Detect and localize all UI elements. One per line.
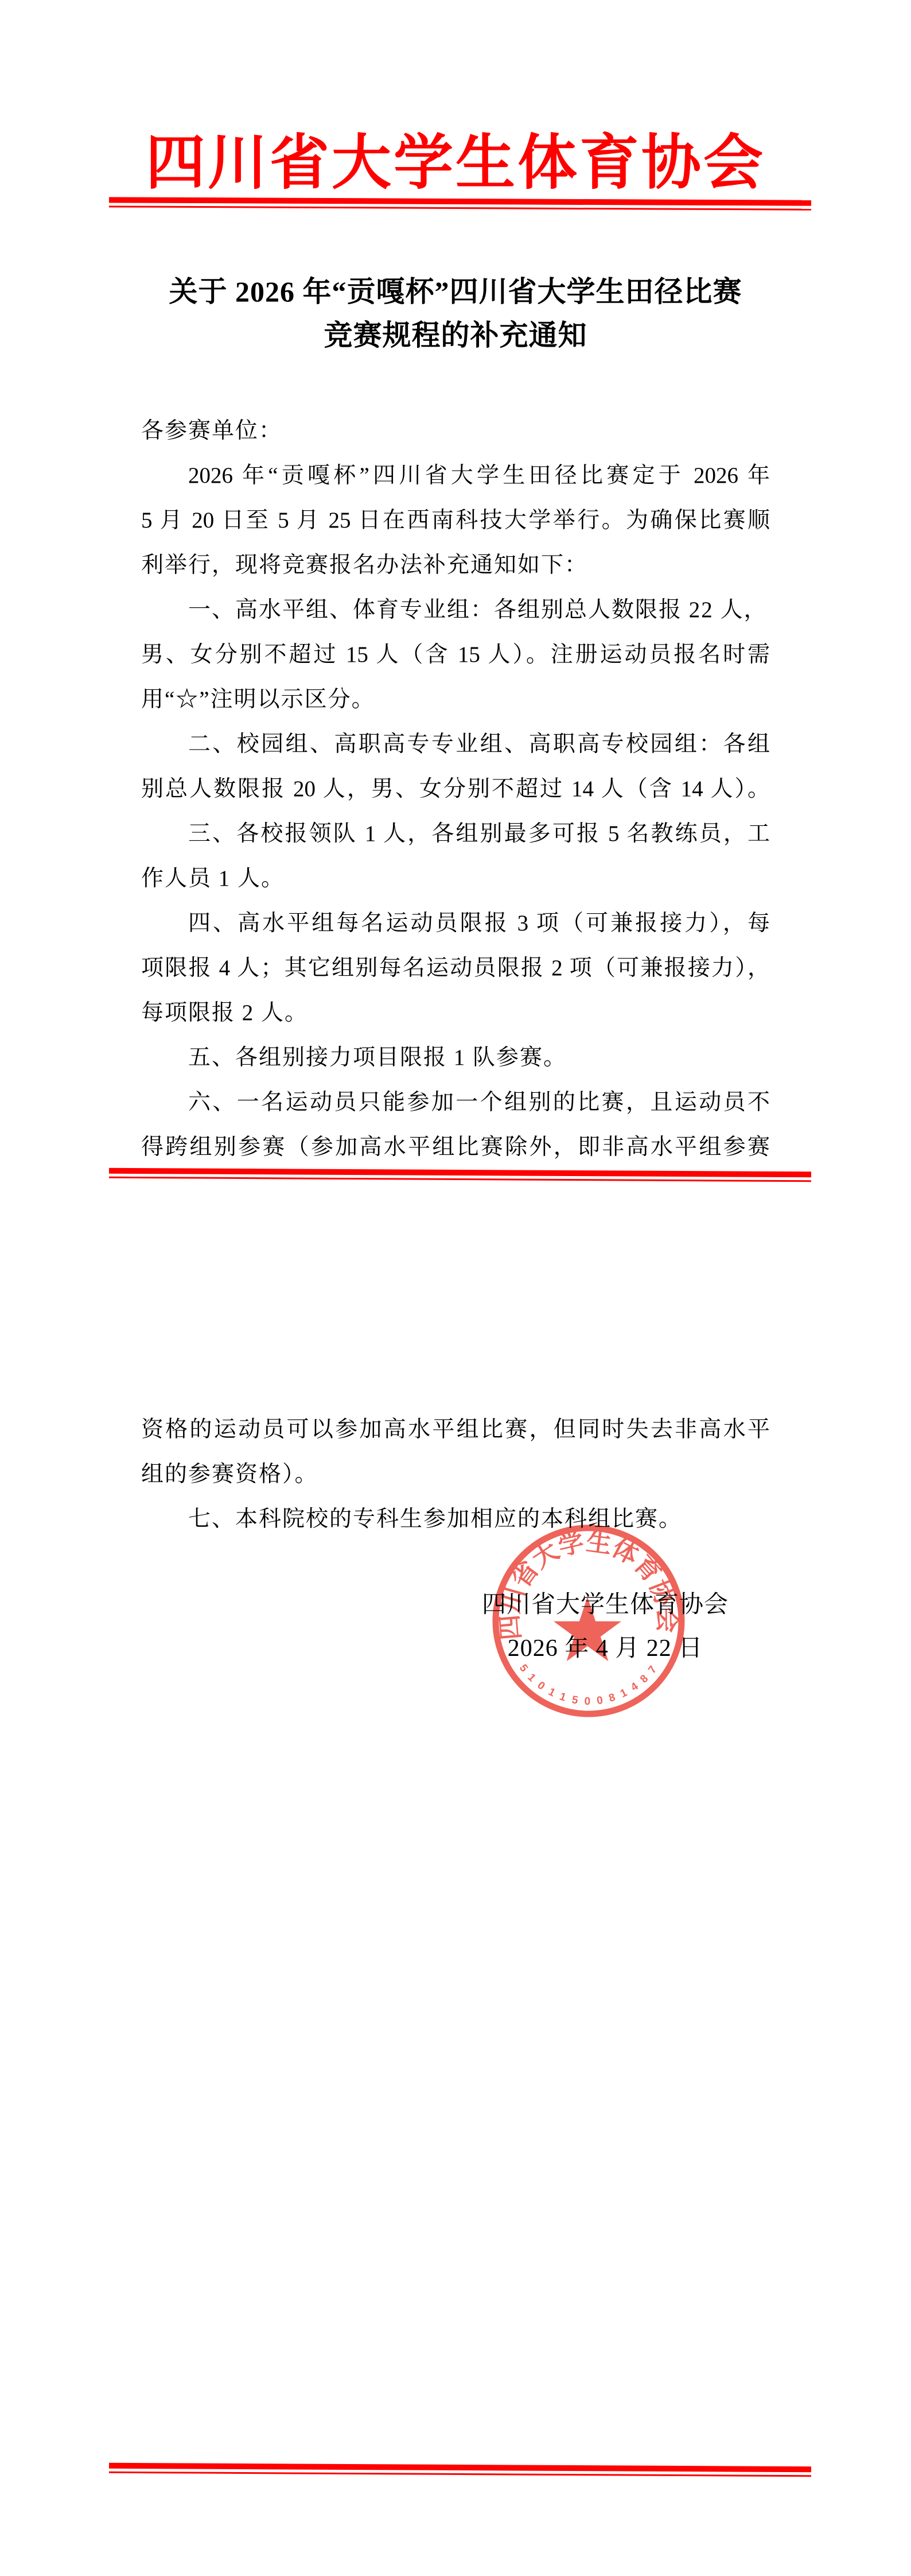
letterhead-org-name: 四川省大学生体育协会 bbox=[0, 130, 911, 196]
body-line: 2026 年“贡嘎杯”四川省大学生田径比赛定于 2026 年 bbox=[141, 453, 770, 498]
body-line: 三、各校报领队 1 人，各组别最多可报 5 名教练员，工 bbox=[141, 812, 770, 856]
body-line: 用“☆”注明以示区分。 bbox=[141, 677, 770, 722]
body-line: 五、各组别接力项目限报 1 队参赛。 bbox=[141, 1035, 770, 1080]
body-line: 二、校园组、高职高专专业组、高职高专校园组：各组 bbox=[141, 722, 770, 767]
body-line: 每项限报 2 人。 bbox=[141, 991, 770, 1035]
body-line: 一、高水平组、体育专业组：各组别总人数限报 22 人， bbox=[141, 588, 770, 633]
letterhead-divider bbox=[109, 197, 811, 210]
title-line-2: 竞赛规程的补充通知 bbox=[0, 313, 911, 357]
official-seal: 四川省大学生体育协会 5101150081487 bbox=[474, 1506, 703, 1736]
body-line: 5 月 20 日至 5 月 25 日在西南科技大学举行。为确保比赛顺 bbox=[141, 498, 770, 543]
divider-thick-line bbox=[109, 197, 811, 205]
divider-thin-line bbox=[109, 1177, 811, 1182]
divider-thin-line bbox=[109, 2472, 811, 2477]
body-line: 六、一名运动员只能参加一个组别的比赛，且运动员不 bbox=[141, 1080, 770, 1125]
divider-thin-line bbox=[109, 205, 811, 210]
seal-star-icon bbox=[554, 1597, 621, 1661]
body-line: 各参赛单位： bbox=[141, 409, 770, 453]
title-line-1: 关于 2026 年“贡嘎杯”四川省大学生田径比赛 bbox=[0, 270, 911, 313]
document-title: 关于 2026 年“贡嘎杯”四川省大学生田径比赛 竞赛规程的补充通知 bbox=[0, 270, 911, 357]
page-bottom-divider bbox=[109, 2463, 811, 2477]
body-line: 四、高水平组每名运动员限报 3 项（可兼报接力），每 bbox=[141, 901, 770, 946]
body-line: 利举行，现将竞赛报名办法补充通知如下： bbox=[141, 543, 770, 588]
body-line: 组的参赛资格）。 bbox=[141, 1452, 770, 1497]
body-page-1: 各参赛单位： 2026 年“贡嘎杯”四川省大学生田径比赛定于 2026 年 5 … bbox=[141, 409, 770, 1170]
body-line: 作人员 1 人。 bbox=[141, 856, 770, 901]
divider-thick-line bbox=[109, 2463, 811, 2472]
page-break-divider bbox=[109, 1168, 811, 1182]
body-line: 得跨组别参赛（参加高水平组比赛除外，即非高水平组参赛 bbox=[141, 1125, 770, 1170]
body-line: 男、女分别不超过 15 人（含 15 人）。注册运动员报名时需 bbox=[141, 633, 770, 677]
body-line: 资格的运动员可以参加高水平组比赛，但同时失去非高水平 bbox=[141, 1407, 770, 1452]
body-line: 别总人数限报 20 人，男、女分别不超过 14 人（含 14 人）。 bbox=[141, 767, 770, 812]
body-line: 项限报 4 人；其它组别每名运动员限报 2 项（可兼报接力）， bbox=[141, 946, 770, 991]
document-page: 四川省大学生体育协会 关于 2026 年“贡嘎杯”四川省大学生田径比赛 竞赛规程… bbox=[0, 0, 911, 2576]
